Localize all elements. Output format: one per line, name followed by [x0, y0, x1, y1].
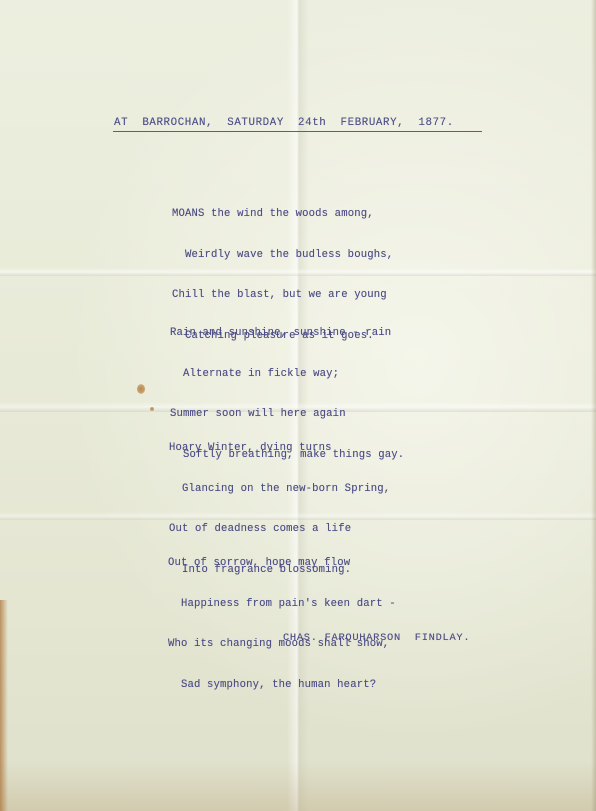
- poem-line: Sad symphony, the human heart?: [168, 679, 396, 693]
- poem-line: Happiness from pain's keen dart -: [168, 598, 396, 612]
- poem-line: Glancing on the new-born Spring,: [169, 483, 390, 497]
- paper-edge-stain: [0, 600, 8, 811]
- poem-line: Out of sorrow, hope may flow: [168, 557, 396, 571]
- rust-spot: [150, 407, 154, 411]
- poem-line: Alternate in fickle way;: [170, 368, 404, 382]
- poem-line: Hoary Winter, dying turns: [169, 442, 390, 456]
- paper-edge-shadow: [591, 0, 596, 811]
- poem-line: Weirdly wave the budless boughs,: [172, 249, 393, 263]
- author-signature: CHAS. FARQUHARSON FINDLAY.: [283, 632, 470, 646]
- paper-sheet: AT BARROCHAN, SATURDAY 24th FEBRUARY, 18…: [0, 0, 596, 811]
- rust-spot: [137, 384, 145, 394]
- paper-edge-discoloration: [0, 761, 596, 811]
- title-underline: [113, 131, 482, 132]
- stanza-4: Out of sorrow, hope may flow Happiness f…: [168, 530, 396, 719]
- poem-line: Rain and sunshine, sunshine - rain: [170, 327, 404, 341]
- poem-line: MOANS the wind the woods among,: [172, 208, 393, 222]
- poem-title: AT BARROCHAN, SATURDAY 24th FEBRUARY, 18…: [114, 117, 454, 131]
